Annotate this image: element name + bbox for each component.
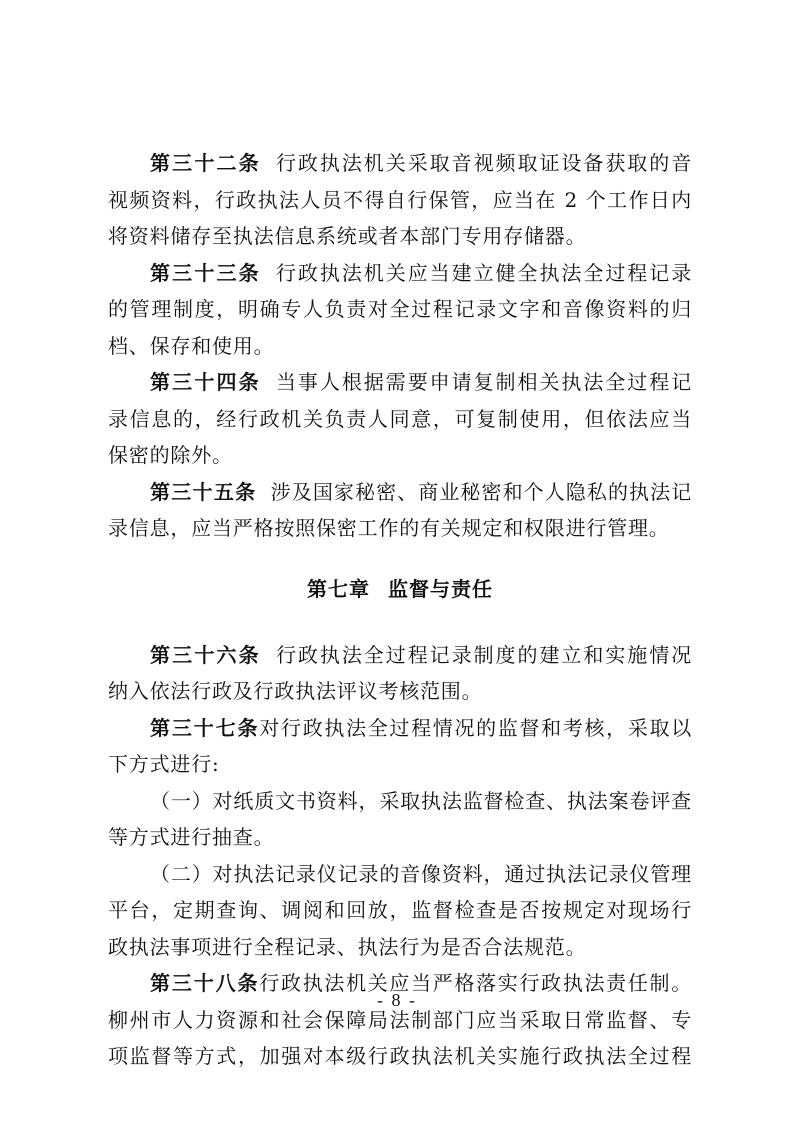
article-line: 录信息的，经行政机关负责人同意，可复制使用，但依法应当 xyxy=(108,401,692,438)
article-text: 对行政执法全过程情况的监督和考核，采取以 xyxy=(259,716,692,740)
item-line: （二）对执法记录仪记录的音像资料，通过执法记录仪管理 xyxy=(108,856,692,893)
article-line: 下方式进行: xyxy=(108,746,692,783)
article-34: 第三十四条当事人根据需要申请复制相关执法全过程记 录信息的，经行政机关负责人同意… xyxy=(108,364,692,474)
article-first-line: 第三十三条行政执法机关应当建立健全执法全过程记录 xyxy=(108,255,692,292)
article-line: 纳入依法行政及行政执法评议考核范围。 xyxy=(108,673,692,710)
document-page: 第三十二条行政执法机关采取音视频取证设备获取的音 视频资料，行政执法人员不得自行… xyxy=(0,0,794,1123)
article-line: 档、保存和使用。 xyxy=(108,328,692,365)
article-label: 第三十五条 xyxy=(150,480,256,504)
article-line: 录信息，应当严格按照保密工作的有关规定和权限进行管理。 xyxy=(108,510,692,547)
article-text: 行政执法机关采取音视频取证设备获取的音 xyxy=(275,151,692,175)
article-first-line: 第三十五条涉及国家秘密、商业秘密和个人隐私的执法记 xyxy=(108,474,692,511)
article-36: 第三十六条行政执法全过程记录制度的建立和实施情况 纳入依法行政及行政执法评议考核… xyxy=(108,637,692,710)
article-label: 第三十三条 xyxy=(150,261,261,285)
article-first-line: 第三十二条行政执法机关采取音视频取证设备获取的音 xyxy=(108,145,692,182)
article-line: 视频资料，行政执法人员不得自行保管，应当在 2 个工作日内 xyxy=(108,182,692,219)
chapter-number: 第七章 xyxy=(307,577,370,601)
article-first-line: 第三十七条对行政执法全过程情况的监督和考核，采取以 xyxy=(108,710,692,747)
item-line: （一）对纸质文书资料，采取执法监督检查、执法案卷评查 xyxy=(108,783,692,820)
article-line: 保密的除外。 xyxy=(108,437,692,474)
document-body: 第三十二条行政执法机关采取音视频取证设备获取的音 视频资料，行政执法人员不得自行… xyxy=(108,145,692,1075)
item-line: 平台，定期查询、调阅和回放，监督检查是否按规定对现场行 xyxy=(108,892,692,929)
article-label: 第三十六条 xyxy=(150,643,261,667)
chapter-heading: 第七章监督与责任 xyxy=(108,571,692,607)
article-text: 行政执法全过程记录制度的建立和实施情况 xyxy=(275,643,692,667)
article-text: 行政执法机关应当建立健全执法全过程记录 xyxy=(275,261,692,285)
article-33: 第三十三条行政执法机关应当建立健全执法全过程记录 的管理制度，明确专人负责对全过… xyxy=(108,255,692,365)
article-line: 将资料储存至执法信息系统或者本部门专用存储器。 xyxy=(108,218,692,255)
article-line: 的管理制度，明确专人负责对全过程记录文字和音像资料的归 xyxy=(108,291,692,328)
article-first-line: 第三十四条当事人根据需要申请复制相关执法全过程记 xyxy=(108,364,692,401)
article-label: 第三十二条 xyxy=(150,151,261,175)
page-number: - 8 - xyxy=(0,990,794,1011)
article-text: 当事人根据需要申请复制相关执法全过程记 xyxy=(275,370,692,394)
article-38: 第三十八条行政执法机关应当严格落实行政执法责任制。 柳州市人力资源和社会保障局法… xyxy=(108,965,692,1075)
article-35: 第三十五条涉及国家秘密、商业秘密和个人隐私的执法记 录信息，应当严格按照保密工作… xyxy=(108,474,692,547)
item-line: 政执法事项进行全程记录、执法行为是否合法规范。 xyxy=(108,929,692,966)
article-label: 第三十四条 xyxy=(150,370,261,394)
list-item-2: （二）对执法记录仪记录的音像资料，通过执法记录仪管理 平台，定期查询、调阅和回放… xyxy=(108,856,692,966)
list-item-1: （一）对纸质文书资料，采取执法监督检查、执法案卷评查 等方式进行抽查。 xyxy=(108,783,692,856)
article-32: 第三十二条行政执法机关采取音视频取证设备获取的音 视频资料，行政执法人员不得自行… xyxy=(108,145,692,255)
item-line: 等方式进行抽查。 xyxy=(108,819,692,856)
article-37: 第三十七条对行政执法全过程情况的监督和考核，采取以 下方式进行: xyxy=(108,710,692,783)
chapter-title: 监督与责任 xyxy=(388,577,493,601)
article-line: 项监督等方式，加强对本级行政执法机关实施行政执法全过程 xyxy=(108,1038,692,1075)
article-label: 第三十七条 xyxy=(150,716,259,740)
article-text: 涉及国家秘密、商业秘密和个人隐私的执法记 xyxy=(270,480,692,504)
article-first-line: 第三十六条行政执法全过程记录制度的建立和实施情况 xyxy=(108,637,692,674)
